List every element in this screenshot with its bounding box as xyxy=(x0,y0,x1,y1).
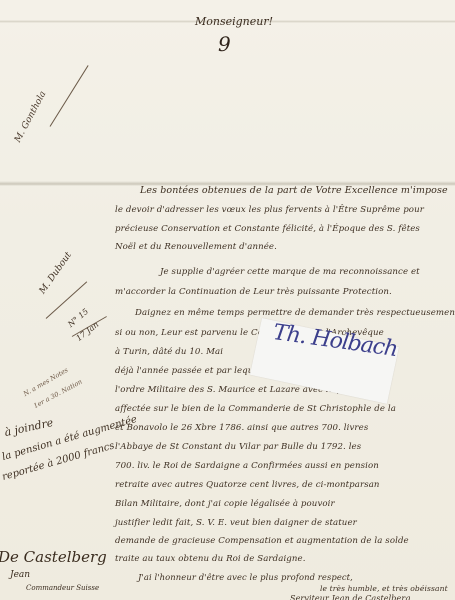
letter-page: Monseigneur! 9 M. Gonthola M. Dubout N° … xyxy=(0,0,455,600)
body-line-20: traite au taux obtenu du Roi de Sardaign… xyxy=(115,554,306,564)
margin-note-attach: à joindre xyxy=(3,416,54,439)
margin-rule-top xyxy=(50,65,89,127)
salutation-flourish: 9 xyxy=(218,34,231,54)
salutation: Monseigneur! xyxy=(195,16,273,27)
margin-note-top: M. Gonthola xyxy=(14,90,48,144)
closing-line-1: le très humble, et très obéissant xyxy=(320,584,448,593)
margin-note-recipient: M. Dubout xyxy=(38,250,74,296)
body-line-1: Les bontées obtenues de la part de Votre… xyxy=(140,185,448,196)
margin-signature-surname: De Castelberg xyxy=(0,548,107,566)
body-line-17: Bilan Militaire, dont j'ai copie légalis… xyxy=(115,499,335,509)
body-line-13: et Bonavolo le 26 Xbre 1786. ainsi que a… xyxy=(115,423,368,433)
margin-signature-given-name: Jean xyxy=(10,570,30,580)
body-line-14: l'Abbaye de St Constant du Vilar par Bul… xyxy=(115,442,361,452)
body-line-5: Je supplie d'agréer cette marque de ma r… xyxy=(160,267,420,277)
body-line-7: Daignez en même temps permettre de deman… xyxy=(135,308,455,318)
closing-line-2: Serviteur Jean de Castelberg xyxy=(290,594,411,600)
body-line-3: précieuse Conservation et Constante féli… xyxy=(115,224,420,234)
body-line-19: demande de gracieuse Compensation et aug… xyxy=(115,536,409,546)
body-line-2: le devoir d'adresser les vœux les plus f… xyxy=(115,205,424,215)
body-line-21: J'ai l'honneur d'être avec le plus profo… xyxy=(138,572,353,582)
body-line-18: justifier ledit fait, S. V. E. veut bien… xyxy=(115,518,357,528)
body-line-15: 700. liv. le Roi de Sardaigne a Confirmé… xyxy=(115,461,379,471)
body-line-9: à Turin, dâté du 10. Mai xyxy=(115,347,223,357)
body-line-16: retraite avec autres Quatorze cent livre… xyxy=(115,480,380,490)
body-line-4: Noël et du Renouvellement d'année. xyxy=(115,242,277,252)
body-line-6: m'accorder la Continuation de Leur très … xyxy=(115,287,392,297)
body-line-12: affectée sur le bien de la Commanderie d… xyxy=(115,404,396,414)
margin-signature-role: Commandeur Suisse xyxy=(26,584,99,592)
